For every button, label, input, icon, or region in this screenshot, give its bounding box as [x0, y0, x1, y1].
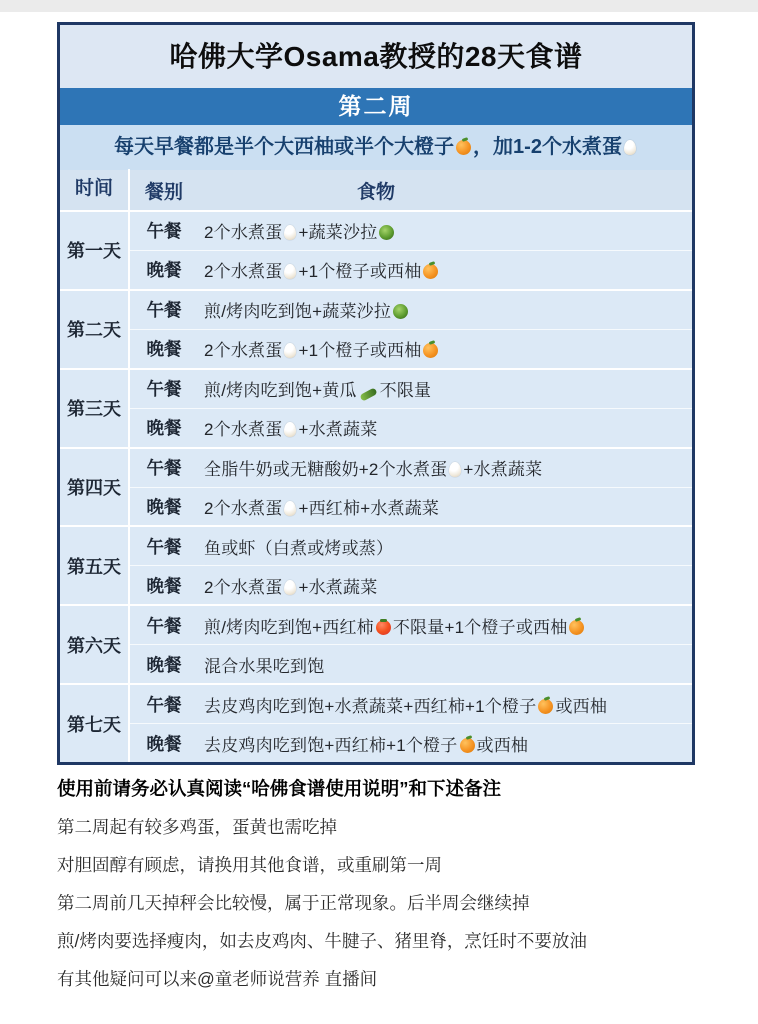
lunch-row: 午餐 2个水煮蛋+蔬菜沙拉	[130, 212, 692, 251]
meal-label-lunch: 午餐	[130, 376, 198, 401]
lunch-row: 午餐 鱼或虾（白煮或烤或蒸）	[130, 527, 692, 566]
meal-label-lunch: 午餐	[130, 218, 198, 243]
dinner-food-text: 2个水煮蛋+西红柿+水煮蔬菜	[198, 494, 439, 519]
day-meals: 午餐 全脂牛奶或无糖酸奶+2个水煮蛋+水煮蔬菜 晚餐 2个水煮蛋+西红柿+水煮蔬…	[130, 449, 692, 526]
table-header-row: 时间 餐别 食物	[60, 170, 692, 212]
lunch-food-text: 去皮鸡肉吃到饱+水煮蔬菜+西红柿+1个橙子或西柚	[198, 692, 607, 717]
dinner-row: 晚餐 2个水煮蛋+西红柿+水煮蔬菜	[130, 488, 692, 526]
lunch-food-text: 2个水煮蛋+蔬菜沙拉	[198, 218, 396, 243]
day-meals: 午餐 去皮鸡肉吃到饱+水煮蔬菜+西红柿+1个橙子或西柚 晚餐 去皮鸡肉吃到饱+西…	[130, 685, 692, 762]
day-label: 第四天	[60, 449, 130, 526]
dinner-food-text: 2个水煮蛋+水煮蔬菜	[198, 573, 377, 598]
day-meals: 午餐 煎/烤肉吃到饱+西红柿不限量+1个橙子或西柚 晚餐 混合水果吃到饱	[130, 606, 692, 683]
egg-icon	[284, 422, 296, 437]
orange-icon	[423, 264, 438, 279]
day-meals: 午餐 鱼或虾（白煮或烤或蒸） 晚餐 2个水煮蛋+水煮蔬菜	[130, 527, 692, 604]
lunch-food-text: 煎/烤肉吃到饱+蔬菜沙拉	[198, 297, 410, 322]
meal-label-dinner: 晚餐	[130, 415, 198, 440]
egg-icon	[624, 140, 636, 155]
lunch-food-text: 全脂牛奶或无糖酸奶+2个水煮蛋+水煮蔬菜	[198, 455, 542, 480]
day-meals: 午餐 煎/烤肉吃到饱+黄瓜不限量 晚餐 2个水煮蛋+水煮蔬菜	[130, 370, 692, 447]
meal-label-dinner: 晚餐	[130, 257, 198, 282]
diet-plan-card: 哈佛大学Osama教授的28天食谱 第二周 每天早餐都是半个大西柚或半个大橙子，…	[57, 22, 695, 765]
day-group: 第七天 午餐 去皮鸡肉吃到饱+水煮蔬菜+西红柿+1个橙子或西柚 晚餐 去皮鸡肉吃…	[60, 685, 692, 762]
orange-icon	[538, 699, 553, 714]
lunch-row: 午餐 煎/烤肉吃到饱+蔬菜沙拉	[130, 291, 692, 330]
notes-section: 使用前请务必认真阅读“哈佛食谱使用说明”和下述备注 第二周起有较多鸡蛋，蛋黄也需…	[57, 775, 717, 1007]
lunch-row: 午餐 去皮鸡肉吃到饱+水煮蔬菜+西红柿+1个橙子或西柚	[130, 685, 692, 724]
day-group: 第四天 午餐 全脂牛奶或无糖酸奶+2个水煮蛋+水煮蔬菜 晚餐 2个水煮蛋+西红柿…	[60, 449, 692, 528]
dinner-row: 晚餐 混合水果吃到饱	[130, 645, 692, 683]
dinner-row: 晚餐 2个水煮蛋+1个橙子或西柚	[130, 330, 692, 368]
dinner-row: 晚餐 2个水煮蛋+水煮蔬菜	[130, 409, 692, 447]
dinner-food-text: 混合水果吃到饱	[198, 652, 324, 677]
day-label: 第二天	[60, 291, 130, 368]
tomato-icon	[376, 620, 391, 635]
meal-label-lunch: 午餐	[130, 613, 198, 638]
note-item: 第二周前几天掉秤会比较慢，属于正常现象。后半周会继续掉	[57, 893, 717, 914]
orange-icon	[456, 140, 471, 155]
salad-icon	[379, 225, 394, 240]
egg-icon	[284, 225, 296, 240]
lunch-food-text: 煎/烤肉吃到饱+黄瓜不限量	[198, 376, 431, 401]
orange-icon	[569, 620, 584, 635]
week-banner: 第二周	[60, 88, 692, 125]
top-strip	[0, 0, 758, 12]
notes-heading: 使用前请务必认真阅读“哈佛食谱使用说明”和下述备注	[57, 775, 717, 801]
note-item: 对胆固醇有顾虑，请换用其他食谱，或重刷第一周	[57, 855, 717, 876]
meal-label-lunch: 午餐	[130, 297, 198, 322]
dinner-row: 晚餐 2个水煮蛋+水煮蔬菜	[130, 566, 692, 604]
egg-icon	[284, 580, 296, 595]
page-title: 哈佛大学Osama教授的28天食谱	[60, 25, 692, 88]
day-label: 第七天	[60, 685, 130, 762]
meal-label-dinner: 晚餐	[130, 731, 198, 756]
orange-icon	[423, 343, 438, 358]
day-label: 第六天	[60, 606, 130, 683]
lunch-row: 午餐 全脂牛奶或无糖酸奶+2个水煮蛋+水煮蔬菜	[130, 449, 692, 488]
day-meals: 午餐 2个水煮蛋+蔬菜沙拉 晚餐 2个水煮蛋+1个橙子或西柚	[130, 212, 692, 289]
day-meals: 午餐 煎/烤肉吃到饱+蔬菜沙拉 晚餐 2个水煮蛋+1个橙子或西柚	[130, 291, 692, 368]
meal-label-dinner: 晚餐	[130, 336, 198, 361]
orange-icon	[460, 738, 475, 753]
meal-label-lunch: 午餐	[130, 534, 198, 559]
lunch-food-text: 鱼或虾（白煮或烤或蒸）	[198, 534, 393, 559]
dinner-row: 晚餐 去皮鸡肉吃到饱+西红柿+1个橙子或西柚	[130, 724, 692, 762]
notes-list: 第二周起有较多鸡蛋，蛋黄也需吃掉 对胆固醇有顾虑，请换用其他食谱，或重刷第一周 …	[57, 817, 717, 990]
meal-label-dinner: 晚餐	[130, 652, 198, 677]
column-header-time: 时间	[60, 169, 130, 211]
breakfast-note: 每天早餐都是半个大西柚或半个大橙子，加1-2个水煮蛋	[60, 125, 692, 170]
day-group: 第三天 午餐 煎/烤肉吃到饱+黄瓜不限量 晚餐 2个水煮蛋+水煮蔬菜	[60, 370, 692, 449]
meal-label-lunch: 午餐	[130, 455, 198, 480]
lunch-row: 午餐 煎/烤肉吃到饱+西红柿不限量+1个橙子或西柚	[130, 606, 692, 645]
table-body: 第一天 午餐 2个水煮蛋+蔬菜沙拉 晚餐 2个水煮蛋+1个橙子或西柚 第二天 午…	[60, 212, 692, 762]
day-label: 第一天	[60, 212, 130, 289]
lunch-food-text: 煎/烤肉吃到饱+西红柿不限量+1个橙子或西柚	[198, 613, 586, 638]
meal-label-dinner: 晚餐	[130, 494, 198, 519]
egg-icon	[284, 264, 296, 279]
note-item: 有其他疑问可以来@童老师说营养 直播间	[57, 969, 717, 990]
cucumber-icon	[359, 388, 377, 402]
dinner-food-text: 去皮鸡肉吃到饱+西红柿+1个橙子或西柚	[198, 731, 528, 756]
day-group: 第六天 午餐 煎/烤肉吃到饱+西红柿不限量+1个橙子或西柚 晚餐 混合水果吃到饱	[60, 606, 692, 685]
lunch-row: 午餐 煎/烤肉吃到饱+黄瓜不限量	[130, 370, 692, 409]
day-label: 第五天	[60, 527, 130, 604]
meal-label-lunch: 午餐	[130, 692, 198, 717]
dinner-food-text: 2个水煮蛋+1个橙子或西柚	[198, 336, 440, 361]
day-label: 第三天	[60, 370, 130, 447]
dinner-food-text: 2个水煮蛋+1个橙子或西柚	[198, 257, 440, 282]
day-group: 第二天 午餐 煎/烤肉吃到饱+蔬菜沙拉 晚餐 2个水煮蛋+1个橙子或西柚	[60, 291, 692, 370]
note-item: 第二周起有较多鸡蛋，蛋黄也需吃掉	[57, 817, 717, 838]
egg-icon	[284, 343, 296, 358]
egg-icon	[449, 462, 461, 477]
meal-label-dinner: 晚餐	[130, 573, 198, 598]
egg-icon	[284, 501, 296, 516]
column-header-meal: 餐别	[130, 177, 198, 204]
dinner-food-text: 2个水煮蛋+水煮蔬菜	[198, 415, 377, 440]
dinner-row: 晚餐 2个水煮蛋+1个橙子或西柚	[130, 251, 692, 289]
note-item: 煎/烤肉要选择瘦肉，如去皮鸡肉、牛腱子、猪里脊，烹饪时不要放油	[57, 931, 717, 952]
day-group: 第五天 午餐 鱼或虾（白煮或烤或蒸） 晚餐 2个水煮蛋+水煮蔬菜	[60, 527, 692, 606]
salad-icon	[393, 304, 408, 319]
day-group: 第一天 午餐 2个水煮蛋+蔬菜沙拉 晚餐 2个水煮蛋+1个橙子或西柚	[60, 212, 692, 291]
